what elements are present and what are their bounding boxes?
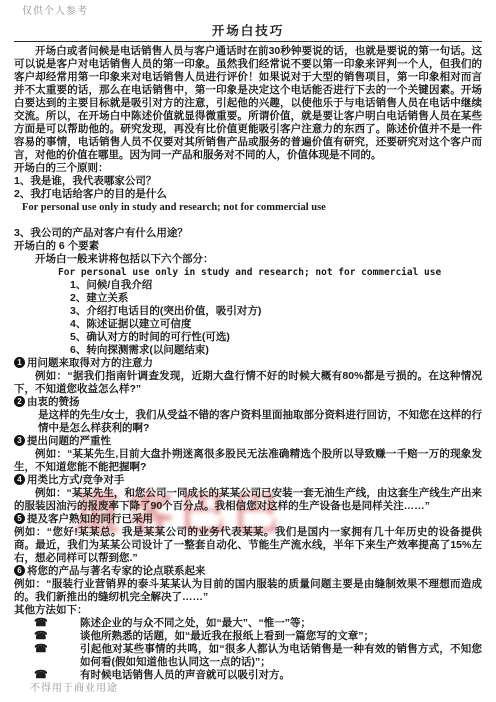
license-line-mono: For personal use only in study and resea… [58, 266, 482, 279]
telephone-icon: ☎ [34, 617, 80, 630]
method-title-text: 提及客户熟知的同行已采用 [27, 513, 153, 525]
circled-number-icon: 2 [14, 396, 25, 407]
spacer [14, 214, 482, 227]
elements-lead: 开场白一般来讲将包括以下六个部分： [14, 253, 482, 266]
bullet-text: 有时候电话销售人员的声音就可以吸引对方。 [80, 669, 482, 682]
method-example: 例如：“某某先生,目前大盘扑朔迷离很多股民无法准确精选个股所以导致赚一千赔一万的… [14, 448, 482, 474]
document-page: { "page": { "header_note": "仅供个人参考", "fo… [0, 0, 496, 702]
bullet-item: ☎ 引起他对某些事情的共鸣，如“很多人都认为电话销售是一种有效的销售方式，不知您… [14, 643, 482, 669]
bullet-item: ☎ 有时候电话销售人员的声音就可以吸引对方。 [14, 669, 482, 682]
question-three: 3、我公司的产品对客户有什么用途？ [14, 227, 482, 240]
circled-number-icon: 6 [14, 565, 25, 576]
principle-item: 1、我是谁，我代表哪家公司？ [14, 175, 482, 188]
header-usage-note: 仅供个人参考 [22, 5, 482, 18]
method-title: 4用类比方式/竞争对手 [14, 474, 482, 487]
list-item: 3、介绍打电话目的(突出价值，吸引对方) [70, 305, 482, 318]
footer-usage-note: 不得用于商业用途 [30, 682, 118, 695]
intro-paragraph: 开场白或者问候是电话销售人员与客户通话时在前30秒钟要说的话，也就是要说的第一句… [14, 45, 482, 162]
method-title: 1用问题来取得对方的注意力 [14, 357, 482, 370]
principles-heading: 开场白的三个原则： [14, 162, 482, 175]
license-line-serif: For personal use only in study and resea… [22, 201, 482, 214]
method-title: 3提出问题的严重性 [14, 435, 482, 448]
method-example: 例如：“服装行业营销界的泰斗某某认为目前的国内服装的质量问题主要是由缝制效果不理… [14, 578, 482, 604]
method-title: 5提及客户熟知的同行已采用 [14, 513, 482, 526]
bullet-text: 陈述企业的与众不同之处，如“最大”、“惟一”等； [80, 617, 482, 630]
method-example: 是这样的先生/女士，我们从受益不错的客户资料里面抽取部分资料进行回访，不知您在这… [14, 409, 482, 435]
page-title: 开场白技巧 [14, 25, 482, 38]
circled-number-icon: 5 [14, 513, 25, 524]
elements-heading: 开场白的 6 个要素 [14, 240, 482, 253]
method-title-text: 用类比方式/竞争对手 [27, 474, 124, 486]
bullet-text: 谈他所熟悉的话题，如“最近我在报纸上看到一篇您写的文章”； [80, 630, 482, 643]
title-divider [14, 41, 482, 42]
bullet-item: ☎ 谈他所熟悉的话题，如“最近我在报纸上看到一篇您写的文章”； [14, 630, 482, 643]
principle-item: 2、我打电话给客户的目的是什么 [14, 188, 482, 201]
telephone-icon: ☎ [34, 669, 80, 682]
method-title-text: 由衷的赞扬 [27, 396, 80, 408]
list-item: 4、陈述证据以建立可信度 [70, 318, 482, 331]
document-body: 仅供个人参考 开场白技巧 开场白或者问候是电话销售人员与客户通话时在前30秒钟要… [0, 0, 496, 682]
method-title-text: 提出问题的严重性 [27, 435, 111, 447]
bullet-text: 引起他对某些事情的共鸣，如“很多人都认为电话销售是一种有效的销售方式，不知您如何… [80, 643, 482, 669]
list-item: 5、确认对方的时间的可行性(可选) [70, 331, 482, 344]
method-title-text: 将您的产品与著名专家的论点联系起来 [27, 565, 206, 577]
elements-list: 1、问候/自我介绍 2、建立关系 3、介绍打电话目的(突出价值，吸引对方) 4、… [70, 279, 482, 357]
method-example: 例如：“据我们指南针调查发现，近期大盘行情不好的时候大概有80%都是亏损的。在这… [14, 370, 482, 396]
others-heading: 其他方法如下： [14, 604, 482, 617]
bullet-item: ☎ 陈述企业的与众不同之处，如“最大”、“惟一”等； [14, 617, 482, 630]
circled-number-icon: 4 [14, 474, 25, 485]
method-example: 例如：“您好!某某总。我是某某公司的业务代表某某。我们是国内一家拥有几十年历史的… [14, 526, 482, 565]
method-title: 2由衷的赞扬 [14, 396, 482, 409]
method-title: 6将您的产品与著名专家的论点联系起来 [14, 565, 482, 578]
list-item: 1、问候/自我介绍 [70, 279, 482, 292]
method-title-text: 用问题来取得对方的注意力 [27, 357, 153, 369]
list-item: 2、建立关系 [70, 292, 482, 305]
list-item: 6、转向探测需求(以问题结束) [70, 344, 482, 357]
telephone-icon: ☎ [34, 643, 80, 669]
circled-number-icon: 1 [14, 357, 25, 368]
telephone-icon: ☎ [34, 630, 80, 643]
circled-number-icon: 3 [14, 435, 25, 446]
method-example: 例如：“某某先生，和您公司一同成长的某某公司已安装一套无油生产线，由这套生产线生… [14, 487, 482, 513]
